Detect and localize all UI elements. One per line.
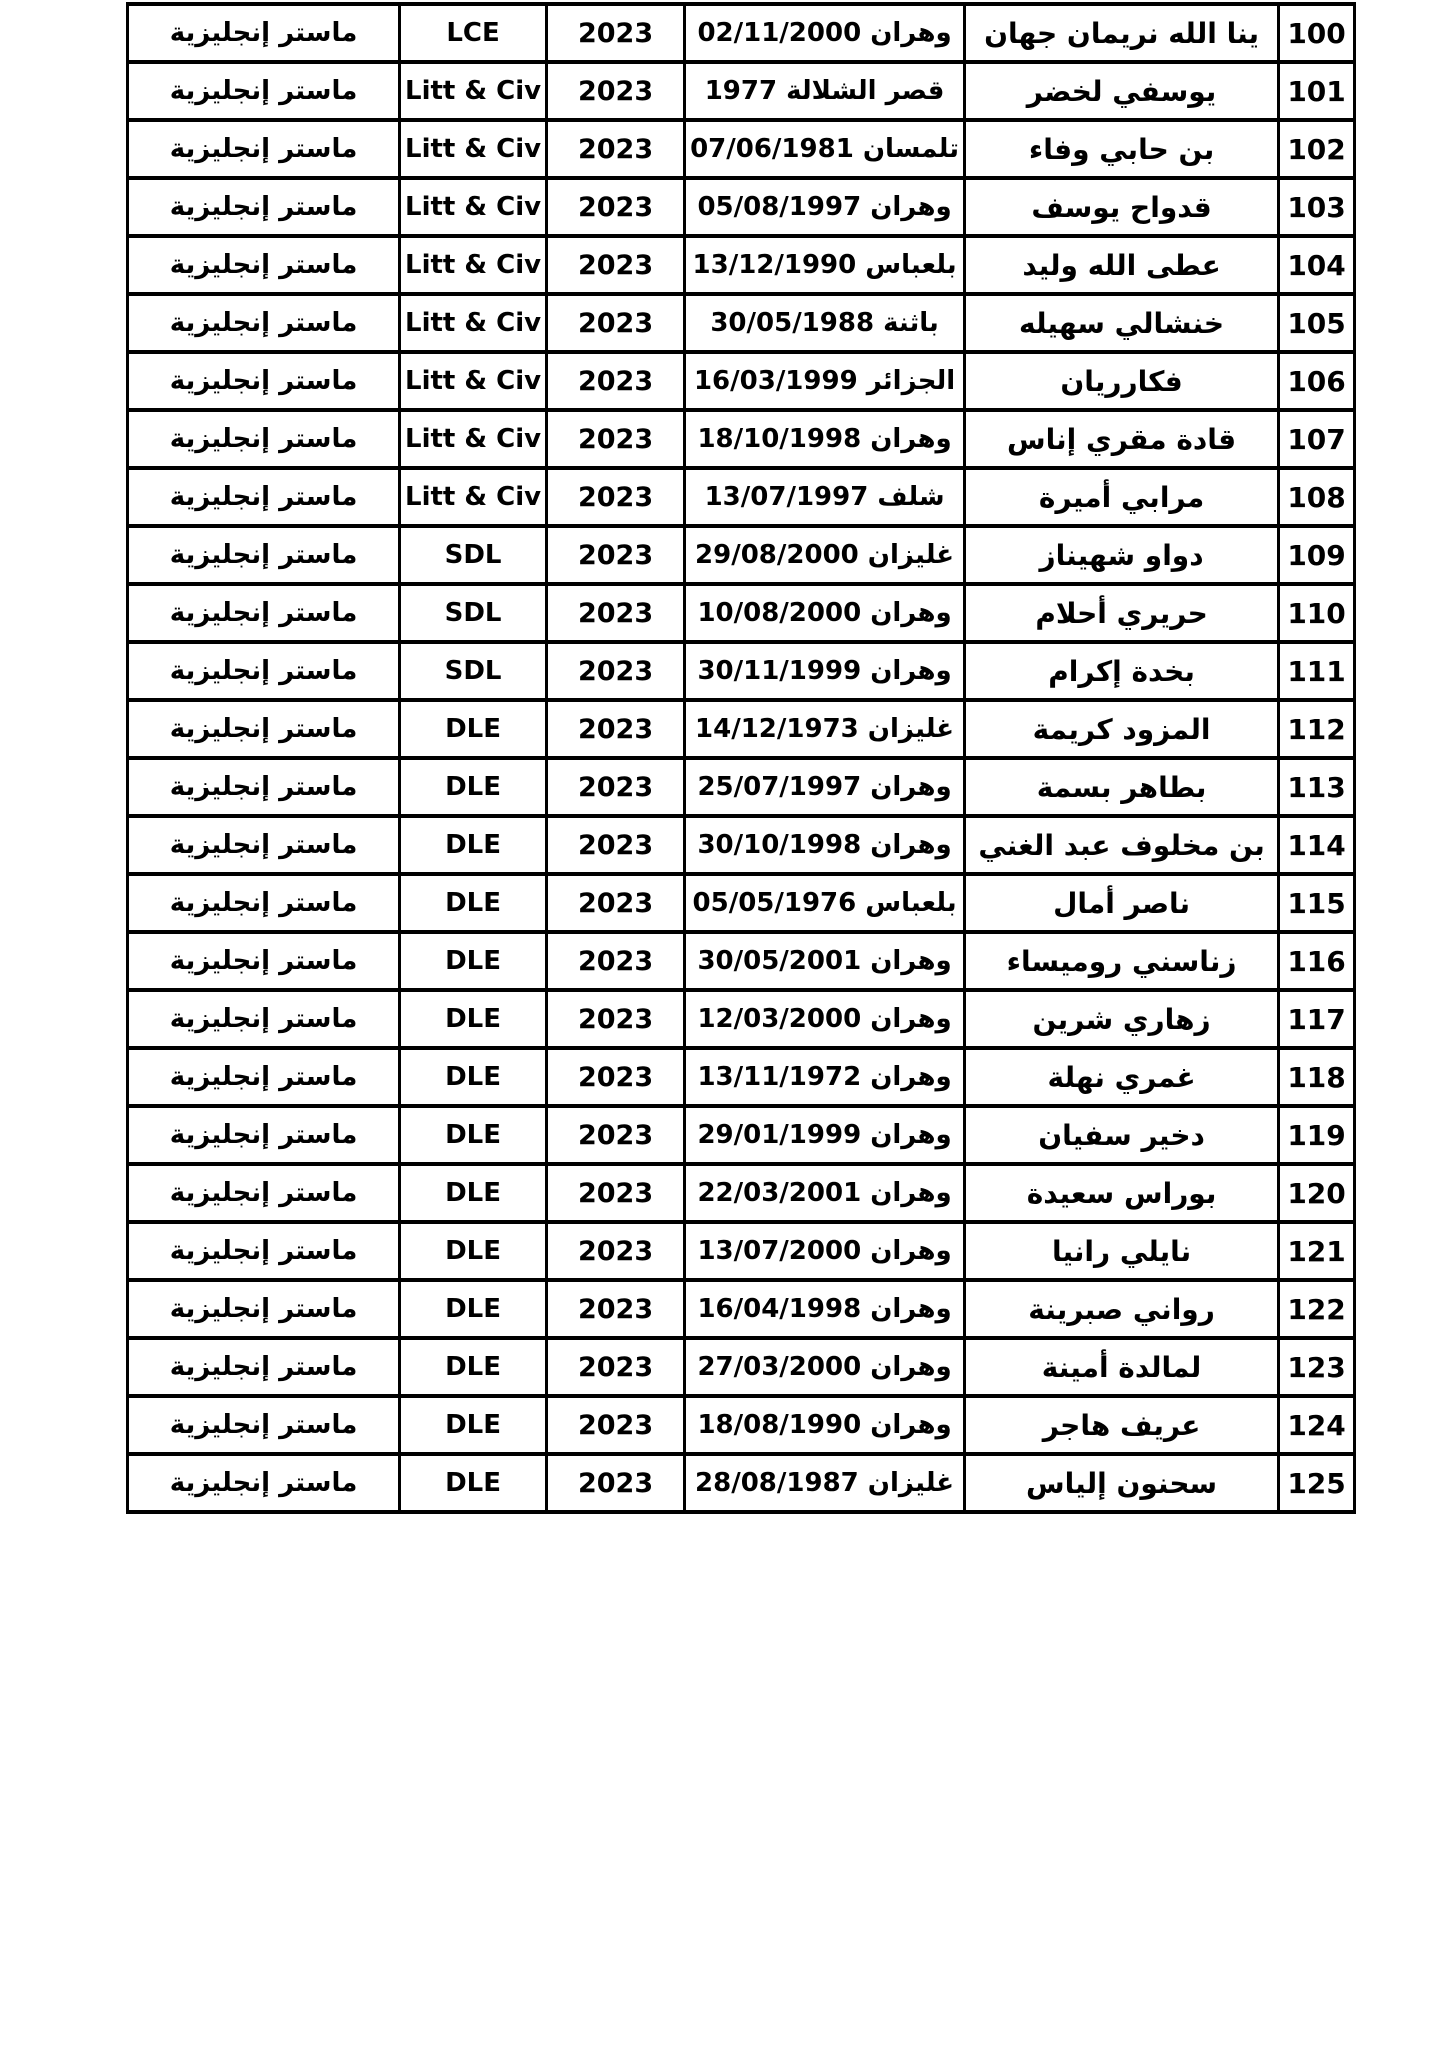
cell-year: 2023 [547, 1396, 685, 1454]
cell-number: 110 [1279, 584, 1355, 642]
cell-degree: ماستر إنجليزية [128, 1164, 400, 1222]
cell-birth: شلف 13/07/1997 [685, 468, 965, 526]
cell-birth: وهران 30/11/1999 [685, 642, 965, 700]
cell-birth: باثنة 30/05/1988 [685, 294, 965, 352]
table-row: 110حريري أحلاموهران 10/08/20002023SDLماس… [128, 584, 1355, 642]
cell-specialty: DLE [400, 1280, 547, 1338]
cell-year: 2023 [547, 990, 685, 1048]
table-row: 119دخير سفيانوهران 29/01/19992023DLEماست… [128, 1106, 1355, 1164]
cell-specialty: Litt & Civ [400, 62, 547, 120]
cell-number: 117 [1279, 990, 1355, 1048]
cell-birth: الجزائر 16/03/1999 [685, 352, 965, 410]
cell-name: بن حابي وفاء [965, 120, 1279, 178]
cell-year: 2023 [547, 352, 685, 410]
table-row: 104عطى الله وليدبلعباس 13/12/19902023Lit… [128, 236, 1355, 294]
cell-birth: وهران 16/04/1998 [685, 1280, 965, 1338]
cell-specialty: Litt & Civ [400, 410, 547, 468]
cell-specialty: SDL [400, 584, 547, 642]
cell-birth: وهران 13/11/1972 [685, 1048, 965, 1106]
cell-degree: ماستر إنجليزية [128, 816, 400, 874]
cell-number: 119 [1279, 1106, 1355, 1164]
cell-birth: وهران 30/05/2001 [685, 932, 965, 990]
cell-name: بخدة إكرام [965, 642, 1279, 700]
table-row: 122رواني صبرينةوهران 16/04/19982023DLEما… [128, 1280, 1355, 1338]
cell-degree: ماستر إنجليزية [128, 932, 400, 990]
cell-specialty: DLE [400, 1164, 547, 1222]
cell-year: 2023 [547, 932, 685, 990]
table-row: 111بخدة إكراموهران 30/11/19992023SDLماست… [128, 642, 1355, 700]
cell-year: 2023 [547, 294, 685, 352]
cell-year: 2023 [547, 62, 685, 120]
cell-number: 123 [1279, 1338, 1355, 1396]
cell-name: سحنون إلياس [965, 1454, 1279, 1512]
table-row: 105خنشالي سهيلهباثنة 30/05/19882023Litt … [128, 294, 1355, 352]
cell-year: 2023 [547, 1048, 685, 1106]
cell-degree: ماستر إنجليزية [128, 642, 400, 700]
cell-birth: وهران 12/03/2000 [685, 990, 965, 1048]
cell-name: رواني صبرينة [965, 1280, 1279, 1338]
cell-degree: ماستر إنجليزية [128, 526, 400, 584]
cell-year: 2023 [547, 410, 685, 468]
cell-year: 2023 [547, 120, 685, 178]
cell-degree: ماستر إنجليزية [128, 1048, 400, 1106]
cell-specialty: Litt & Civ [400, 468, 547, 526]
cell-name: مرابي أميرة [965, 468, 1279, 526]
cell-year: 2023 [547, 526, 685, 584]
cell-name: بن مخلوف عبد الغني [965, 816, 1279, 874]
cell-name: لمالدة أمينة [965, 1338, 1279, 1396]
cell-degree: ماستر إنجليزية [128, 1106, 400, 1164]
cell-year: 2023 [547, 1280, 685, 1338]
cell-name: عريف هاجر [965, 1396, 1279, 1454]
cell-name: زهاري شرين [965, 990, 1279, 1048]
cell-name: ينا الله نريمان جهان [965, 4, 1279, 62]
table-row: 107قادة مقري إناسوهران 18/10/19982023Lit… [128, 410, 1355, 468]
table-row: 120بوراس سعيدةوهران 22/03/20012023DLEماس… [128, 1164, 1355, 1222]
table-row: 102بن حابي وفاءتلمسان 07/06/19812023Litt… [128, 120, 1355, 178]
cell-degree: ماستر إنجليزية [128, 1396, 400, 1454]
cell-specialty: Litt & Civ [400, 236, 547, 294]
cell-degree: ماستر إنجليزية [128, 120, 400, 178]
cell-specialty: DLE [400, 1338, 547, 1396]
cell-specialty: DLE [400, 1106, 547, 1164]
cell-birth: وهران 22/03/2001 [685, 1164, 965, 1222]
cell-degree: ماستر إنجليزية [128, 178, 400, 236]
cell-specialty: DLE [400, 1048, 547, 1106]
cell-year: 2023 [547, 236, 685, 294]
cell-number: 101 [1279, 62, 1355, 120]
cell-name: قادة مقري إناس [965, 410, 1279, 468]
cell-number: 106 [1279, 352, 1355, 410]
cell-name: حريري أحلام [965, 584, 1279, 642]
table-row: 118غمري نهلةوهران 13/11/19722023DLEماستر… [128, 1048, 1355, 1106]
table-row: 123لمالدة أمينةوهران 27/03/20002023DLEما… [128, 1338, 1355, 1396]
cell-degree: ماستر إنجليزية [128, 700, 400, 758]
cell-degree: ماستر إنجليزية [128, 294, 400, 352]
cell-name: المزود كريمة [965, 700, 1279, 758]
cell-year: 2023 [547, 758, 685, 816]
table-row: 125سحنون إلياسغليزان 28/08/19872023DLEما… [128, 1454, 1355, 1512]
cell-specialty: DLE [400, 1396, 547, 1454]
table-row: 116زناسني روميساءوهران 30/05/20012023DLE… [128, 932, 1355, 990]
cell-degree: ماستر إنجليزية [128, 1222, 400, 1280]
cell-specialty: DLE [400, 700, 547, 758]
cell-birth: وهران 27/03/2000 [685, 1338, 965, 1396]
cell-name: بوراس سعيدة [965, 1164, 1279, 1222]
cell-birth: قصر الشلالة 1977 [685, 62, 965, 120]
cell-year: 2023 [547, 874, 685, 932]
cell-number: 118 [1279, 1048, 1355, 1106]
table-row: 112المزود كريمةغليزان 14/12/19732023DLEم… [128, 700, 1355, 758]
cell-number: 105 [1279, 294, 1355, 352]
cell-birth: غليزان 28/08/1987 [685, 1454, 965, 1512]
cell-name: ناصر أمال [965, 874, 1279, 932]
table-row: 115ناصر أمالبلعباس 05/05/19762023DLEماست… [128, 874, 1355, 932]
cell-birth: غليزان 29/08/2000 [685, 526, 965, 584]
cell-specialty: Litt & Civ [400, 120, 547, 178]
cell-degree: ماستر إنجليزية [128, 410, 400, 468]
cell-degree: ماستر إنجليزية [128, 468, 400, 526]
table-row: 108مرابي أميرةشلف 13/07/19972023Litt & C… [128, 468, 1355, 526]
cell-name: يوسفي لخضر [965, 62, 1279, 120]
cell-degree: ماستر إنجليزية [128, 1454, 400, 1512]
cell-name: قدواح يوسف [965, 178, 1279, 236]
table-row: 101يوسفي لخضرقصر الشلالة 19772023Litt & … [128, 62, 1355, 120]
document-page: 100ينا الله نريمان جهانوهران 02/11/20002… [0, 0, 1448, 2048]
cell-birth: وهران 02/11/2000 [685, 4, 965, 62]
cell-degree: ماستر إنجليزية [128, 874, 400, 932]
cell-year: 2023 [547, 178, 685, 236]
cell-number: 100 [1279, 4, 1355, 62]
table-row: 121نايلي رانياوهران 13/07/20002023DLEماس… [128, 1222, 1355, 1280]
cell-number: 122 [1279, 1280, 1355, 1338]
cell-name: دواو شهيناز [965, 526, 1279, 584]
cell-number: 114 [1279, 816, 1355, 874]
cell-number: 104 [1279, 236, 1355, 294]
cell-number: 121 [1279, 1222, 1355, 1280]
cell-degree: ماستر إنجليزية [128, 236, 400, 294]
cell-birth: وهران 05/08/1997 [685, 178, 965, 236]
results-table-body: 100ينا الله نريمان جهانوهران 02/11/20002… [128, 4, 1355, 1512]
cell-name: خنشالي سهيله [965, 294, 1279, 352]
cell-birth: وهران 29/01/1999 [685, 1106, 965, 1164]
cell-birth: وهران 10/08/2000 [685, 584, 965, 642]
cell-year: 2023 [547, 1454, 685, 1512]
cell-degree: ماستر إنجليزية [128, 758, 400, 816]
cell-specialty: DLE [400, 932, 547, 990]
cell-birth: وهران 18/10/1998 [685, 410, 965, 468]
cell-specialty: DLE [400, 1222, 547, 1280]
cell-birth: وهران 18/08/1990 [685, 1396, 965, 1454]
cell-specialty: DLE [400, 990, 547, 1048]
cell-year: 2023 [547, 642, 685, 700]
cell-birth: وهران 13/07/2000 [685, 1222, 965, 1280]
table-row: 114بن مخلوف عبد الغنيوهران 30/10/1998202… [128, 816, 1355, 874]
cell-name: غمري نهلة [965, 1048, 1279, 1106]
cell-birth: وهران 25/07/1997 [685, 758, 965, 816]
cell-specialty: LCE [400, 4, 547, 62]
cell-year: 2023 [547, 1164, 685, 1222]
cell-specialty: Litt & Civ [400, 294, 547, 352]
cell-specialty: Litt & Civ [400, 352, 547, 410]
cell-degree: ماستر إنجليزية [128, 990, 400, 1048]
cell-degree: ماستر إنجليزية [128, 4, 400, 62]
table-row: 109دواو شهينازغليزان 29/08/20002023SDLما… [128, 526, 1355, 584]
cell-degree: ماستر إنجليزية [128, 62, 400, 120]
cell-degree: ماستر إنجليزية [128, 352, 400, 410]
cell-birth: غليزان 14/12/1973 [685, 700, 965, 758]
cell-name: فكارريان [965, 352, 1279, 410]
cell-birth: وهران 30/10/1998 [685, 816, 965, 874]
cell-year: 2023 [547, 1338, 685, 1396]
table-row: 113بطاهر بسمةوهران 25/07/19972023DLEماست… [128, 758, 1355, 816]
cell-number: 115 [1279, 874, 1355, 932]
cell-year: 2023 [547, 1222, 685, 1280]
cell-specialty: SDL [400, 642, 547, 700]
cell-specialty: Litt & Civ [400, 178, 547, 236]
cell-number: 112 [1279, 700, 1355, 758]
table-row: 100ينا الله نريمان جهانوهران 02/11/20002… [128, 4, 1355, 62]
cell-number: 116 [1279, 932, 1355, 990]
cell-birth: بلعباس 05/05/1976 [685, 874, 965, 932]
table-row: 124عريف هاجروهران 18/08/19902023DLEماستر… [128, 1396, 1355, 1454]
cell-number: 124 [1279, 1396, 1355, 1454]
cell-number: 109 [1279, 526, 1355, 584]
cell-year: 2023 [547, 584, 685, 642]
cell-degree: ماستر إنجليزية [128, 1280, 400, 1338]
cell-number: 111 [1279, 642, 1355, 700]
cell-birth: تلمسان 07/06/1981 [685, 120, 965, 178]
cell-name: بطاهر بسمة [965, 758, 1279, 816]
cell-number: 103 [1279, 178, 1355, 236]
cell-specialty: DLE [400, 758, 547, 816]
cell-specialty: DLE [400, 874, 547, 932]
cell-name: دخير سفيان [965, 1106, 1279, 1164]
cell-year: 2023 [547, 1106, 685, 1164]
cell-specialty: DLE [400, 1454, 547, 1512]
cell-specialty: DLE [400, 816, 547, 874]
cell-birth: بلعباس 13/12/1990 [685, 236, 965, 294]
cell-year: 2023 [547, 700, 685, 758]
results-table: 100ينا الله نريمان جهانوهران 02/11/20002… [126, 2, 1356, 1514]
cell-name: نايلي رانيا [965, 1222, 1279, 1280]
table-row: 117زهاري شرينوهران 12/03/20002023DLEماست… [128, 990, 1355, 1048]
cell-specialty: SDL [400, 526, 547, 584]
cell-year: 2023 [547, 816, 685, 874]
cell-number: 102 [1279, 120, 1355, 178]
cell-degree: ماستر إنجليزية [128, 584, 400, 642]
cell-name: عطى الله وليد [965, 236, 1279, 294]
cell-degree: ماستر إنجليزية [128, 1338, 400, 1396]
cell-year: 2023 [547, 468, 685, 526]
table-row: 106فكارريانالجزائر 16/03/19992023Litt & … [128, 352, 1355, 410]
cell-number: 125 [1279, 1454, 1355, 1512]
cell-number: 120 [1279, 1164, 1355, 1222]
cell-year: 2023 [547, 4, 685, 62]
table-row: 103قدواح يوسفوهران 05/08/19972023Litt & … [128, 178, 1355, 236]
cell-name: زناسني روميساء [965, 932, 1279, 990]
cell-number: 113 [1279, 758, 1355, 816]
cell-number: 107 [1279, 410, 1355, 468]
cell-number: 108 [1279, 468, 1355, 526]
